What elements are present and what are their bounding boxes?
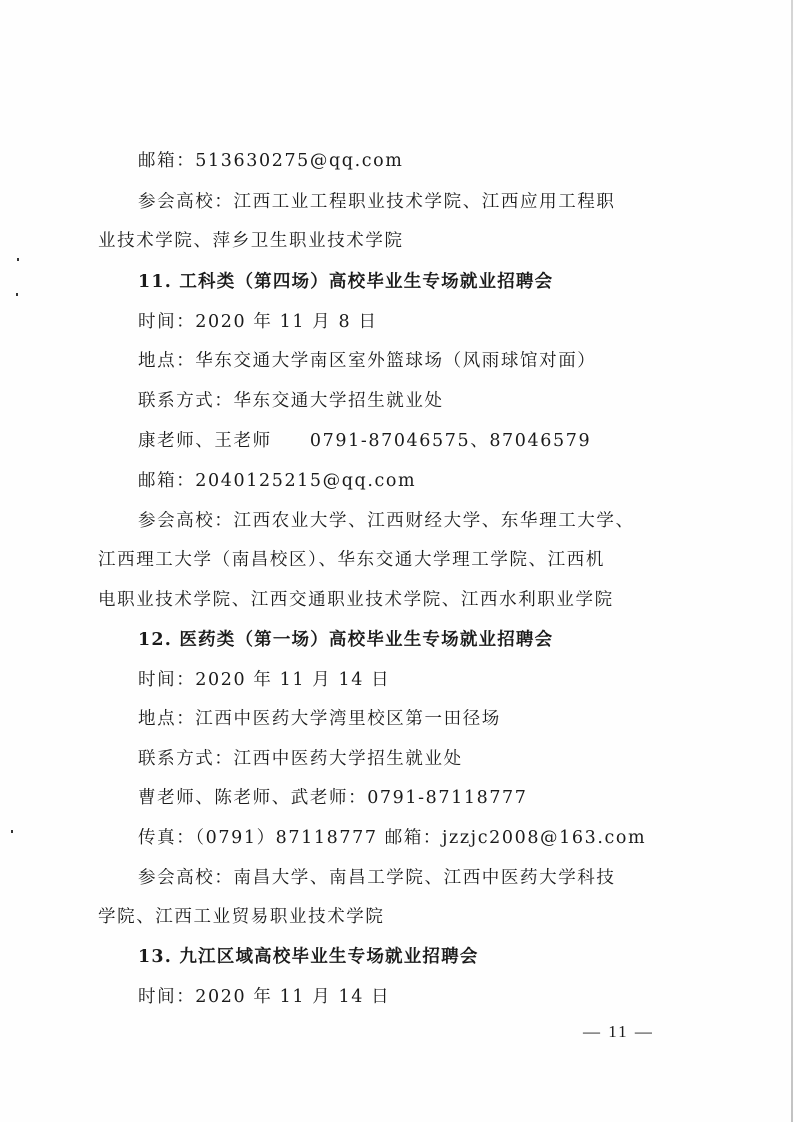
time-line: 时间：2020 年 11 月 14 日 [138, 986, 390, 1008]
scan-speck [16, 293, 18, 296]
time-line: 时间：2020 年 11 月 14 日 [138, 669, 390, 691]
email-line: 邮箱：513630275@qq.com [138, 150, 404, 172]
location-line: 地点：华东交通大学南区室外篮球场（风雨球馆对面） [138, 350, 596, 372]
contact-line: 联系方式：江西中医药大学招生就业处 [138, 748, 463, 770]
participating-schools-line: 学院、江西工业贸易职业技术学院 [98, 906, 385, 928]
time-line: 时间：2020 年 11 月 8 日 [138, 311, 378, 333]
fax-email-line: 传真：（0791）87118777 邮箱：jzzjc2008@163.com [138, 827, 646, 849]
document-page: 邮箱：513630275@qq.com 参会高校：江西工业工程职业技术学院、江西… [0, 0, 794, 1122]
participating-schools-line: 江西理工大学（南昌校区）、华东交通大学理工学院、江西机 [98, 549, 605, 571]
contact-line: 联系方式：华东交通大学招生就业处 [138, 390, 444, 412]
participating-schools-line: 电职业技术学院、江西交通职业技术学院、江西水利职业学院 [98, 589, 614, 611]
email-line: 邮箱：2040125215@qq.com [138, 470, 416, 492]
participating-schools-line: 业技术学院、萍乡卫生职业技术学院 [98, 230, 404, 252]
participating-schools-line: 参会高校：南昌大学、南昌工学院、江西中医药大学科技 [138, 867, 616, 889]
participating-schools-line: 参会高校：江西农业大学、江西财经大学、东华理工大学、 [138, 510, 635, 532]
participating-schools-line: 参会高校：江西工业工程职业技术学院、江西应用工程职 [138, 191, 616, 213]
page-number: — 11 — [583, 1022, 654, 1042]
scan-edge-line [791, 0, 793, 1122]
section-heading: 11. 工科类（第四场）高校毕业生专场就业招聘会 [138, 271, 553, 293]
scan-speck [11, 830, 13, 833]
section-heading: 13. 九江区域高校毕业生专场就业招聘会 [138, 946, 479, 968]
section-heading: 12. 医药类（第一场）高校毕业生专场就业招聘会 [138, 629, 553, 651]
phone-line: 康老师、王老师 0791-87046575、87046579 [138, 430, 591, 452]
scan-speck [17, 258, 19, 261]
location-line: 地点：江西中医药大学湾里校区第一田径场 [138, 708, 501, 730]
phone-line: 曹老师、陈老师、武老师：0791-87118777 [138, 787, 528, 809]
